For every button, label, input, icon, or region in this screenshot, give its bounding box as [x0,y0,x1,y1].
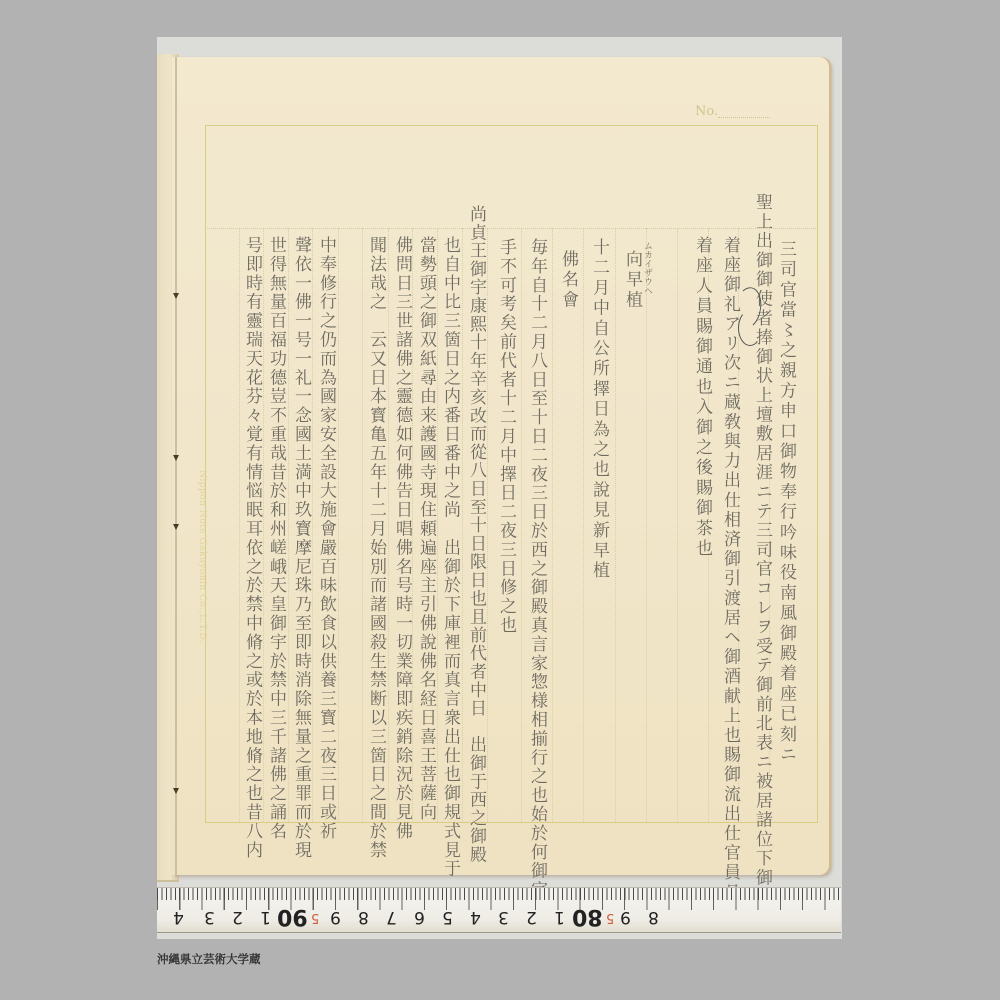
ruler-number: 4 [470,907,481,927]
ruler-number: 1 [554,907,565,927]
page-number-label: No. [695,104,718,119]
column-rule [362,228,363,822]
text-column-14: 聞法哉之 云又日本寳亀五年十二月始別而諸國殺生禁断以三箇日之間於禁 [366,236,386,860]
ruler-number: 8 [648,907,659,927]
text-column-15: 中奉修行之仍而為國家安全設大施會嚴百味飲食以供養三寳二夜三日或祈 [316,236,336,841]
text-column-9: 手不可考矣前代者十二月中擇日二夜三日修之也 [496,238,516,635]
page-number-blank [718,117,770,118]
column-rule [677,228,678,822]
column-rule [388,228,389,822]
binding-stitch [170,455,182,461]
column-rule [312,228,313,822]
ruler-number: 2 [526,907,537,927]
column-rule [487,228,488,822]
text-column-6: 十二月中自公所擇日為之也說見新早植 [589,238,609,581]
ruler-number: 3 [204,907,215,927]
ruler-number: 7 [386,907,397,927]
ruler-number-red: 5 [606,910,614,925]
furigana-reading: ムカイザウヘ [641,241,654,295]
text-column-18: 号即時有靈瑞天花芬々覚有情悩眠耳依之於禁中脩之或於本地脩之也昔八内 [242,236,262,860]
text-column-1: 三司官當〻之親方申口御物奉行吟味役南風御殿着座已刻ニ [776,240,796,765]
ruler-number: 6 [414,907,425,927]
column-rule [338,228,339,822]
column-rule [615,228,616,822]
text-column-3: 着座御礼アリ次ニ蔵敎與力出仕相済御引渡居ヘ御酒献上也賜御流出仕官員且不 [720,236,740,922]
ruler-number: 2 [232,907,243,927]
text-column-10: 尚貞王御宇康熙十年辛亥改而從八日至十日限日也且前代者中日 出御于西之御殿 [466,205,486,864]
binding-stitch [170,788,182,794]
text-column-12: 當勢頭之御双紙尋由来護國寺現住頼遍座主引佛說佛名経日喜王菩薩向 [416,236,436,822]
pencil-circle-annotation [738,310,762,346]
column-rule [462,228,463,822]
collection-credit: 沖縄県立芸術大学蔵 [157,951,261,967]
page-spine-fold [175,57,177,875]
ruler-number: 5 [442,907,453,927]
ruler-number-red: 5 [311,910,319,925]
text-column-17: 世得無量百福功德豈不重哉昔於和州嵯峨天皇御宇於禁中三千諸佛之誦名 [266,236,286,841]
column-rule [263,228,264,822]
column-rule [646,228,647,822]
text-column-5-heading: 向早植 [622,250,642,311]
binding-stitch [170,293,182,299]
text-column-13: 佛問日三世諸佛之靈德如何佛告日唱佛名号時一切業障即疾銷除況於見佛 [392,236,412,841]
ruler-number: 3 [498,907,509,927]
ruler-number: 4 [173,907,184,927]
ruler-number: 8 [358,907,369,927]
ruler-number: 80 [572,904,603,929]
manufacturer-watermark: Nippon Note Gakuyohin Co.,L.T.D. [197,470,207,643]
ruler-number: 9 [620,907,631,927]
text-column-4: 着座人員賜御通也入御之後賜御茶也 [692,236,712,559]
column-rule [583,228,584,822]
ruler-number: 90 [277,904,308,929]
column-rule [412,228,413,822]
text-column-11: 也自中比三箇日之内番日番中之尚 出御於下庫裡而真言衆出仕也御規式見于 [440,236,460,879]
ruler-number: 9 [330,907,341,927]
ruler-number: 1 [260,907,271,927]
column-rule [521,228,522,822]
column-rule [552,228,553,822]
text-column-8: 毎年自十二月八日至十日二夜三日於西之御殿真言家惣様相揃行之也始於何御宇 [527,238,547,900]
measuring-tape: 4 3 2 1 90 5 9 8 7 6 5 4 3 2 1 80 5 9 8 [157,887,841,933]
text-column-16: 聲依一佛一号一礼一念國土満中玖寳摩尼珠乃至即時消除無量之重罪而於現 [291,236,311,860]
binding-stitch [170,524,182,530]
text-column-7-heading: 佛名會 [558,250,578,311]
column-rule [437,228,438,822]
ruled-grid-top [207,228,816,229]
column-rule [239,228,240,822]
column-rule [288,228,289,822]
